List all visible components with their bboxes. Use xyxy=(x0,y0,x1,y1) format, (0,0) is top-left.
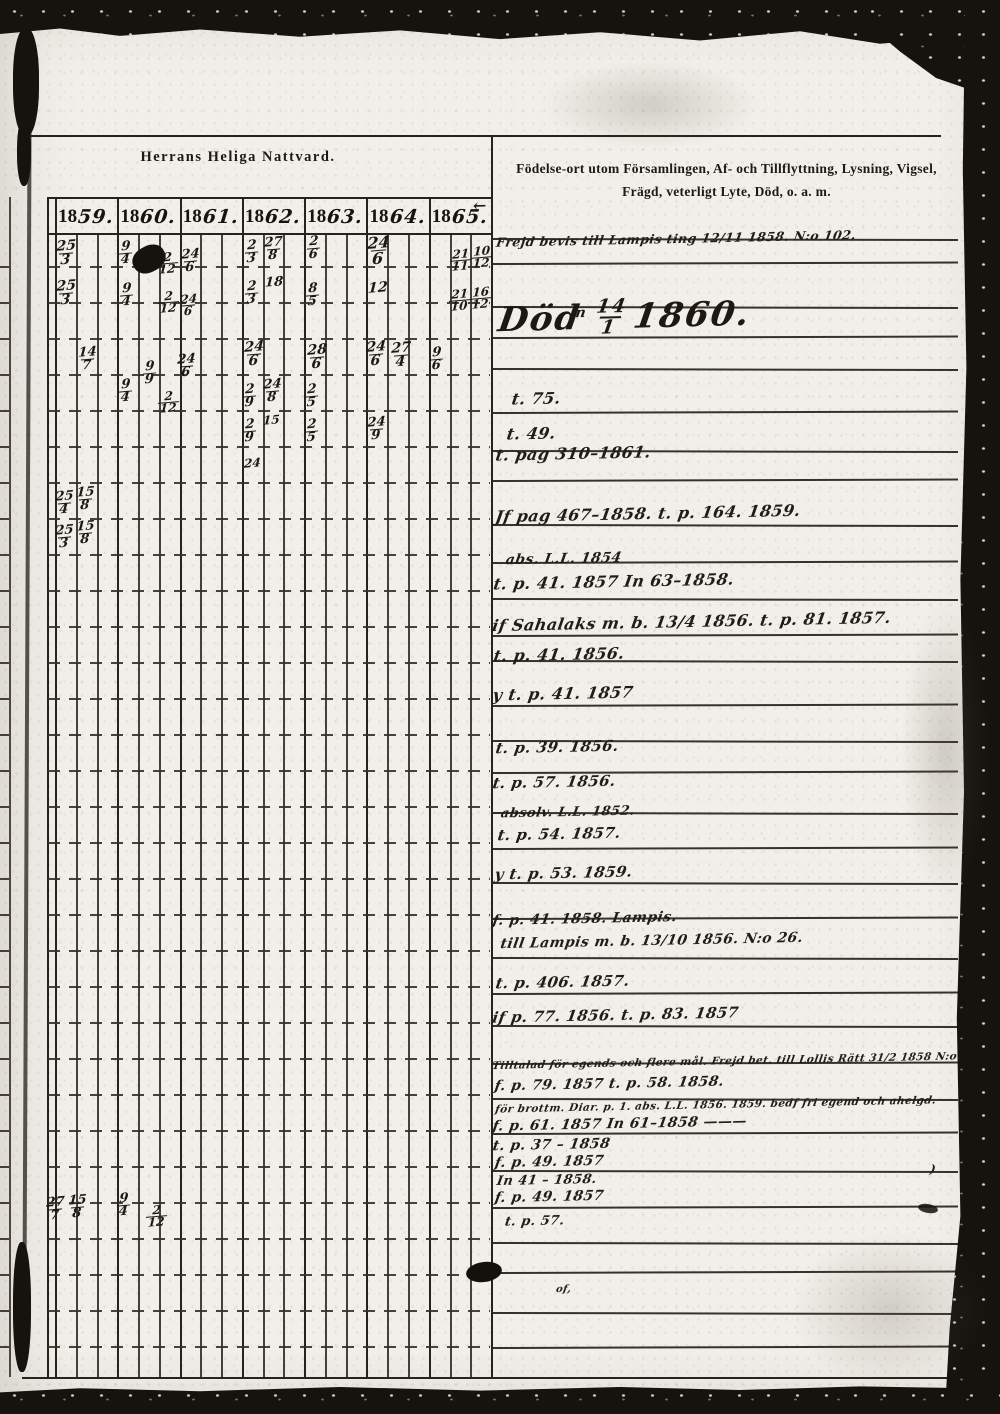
communion-date-mark: 274 xyxy=(390,341,411,370)
table-subcolumn-line xyxy=(325,233,327,1377)
prev-page-row-line xyxy=(0,482,9,484)
handwritten-note: t. 75. xyxy=(510,388,562,408)
notes-header: Födelse-ort utom Församlingen, Af- och T… xyxy=(493,158,960,204)
table-row-line xyxy=(48,266,490,268)
communion-date-mark: 253 xyxy=(55,279,76,308)
communion-date-mark: 212 xyxy=(145,1204,167,1229)
handwritten-note: t. p. 57. xyxy=(504,1213,566,1229)
communion-date-mark: 212 xyxy=(157,290,179,315)
table-subcolumn-line xyxy=(470,233,472,1377)
prev-page-row-line xyxy=(0,446,9,448)
communion-date-mark: 278 xyxy=(263,236,283,263)
communion-date-mark: 158 xyxy=(75,520,95,547)
communion-date-mark: 2110 xyxy=(448,288,470,313)
year-printed-prefix: 18 xyxy=(58,206,77,228)
handwritten-note: y t. p. 41. 1857 xyxy=(491,683,635,705)
table-row-line xyxy=(48,662,490,664)
year-row-top-rule xyxy=(47,197,491,199)
table-row-line xyxy=(48,1310,490,1312)
handwritten-note: t. p. 41. 1856. xyxy=(492,644,626,666)
table-subcolumn-line xyxy=(450,233,452,1377)
year-handwritten-suffix: 62. xyxy=(264,206,302,228)
death-note: Dödn 14 1 1860. xyxy=(495,294,753,341)
year-printed-prefix: 18 xyxy=(370,206,389,228)
table-subcolumn-line xyxy=(346,233,348,1377)
table-row-line xyxy=(48,914,490,916)
table-subcolumn-line xyxy=(200,233,202,1377)
table-row-line xyxy=(48,698,490,700)
prev-page-row-line xyxy=(0,266,9,268)
table-row-line xyxy=(48,590,490,592)
table-subcolumn-line xyxy=(408,233,410,1377)
communion-date-mark: 94 xyxy=(116,1192,131,1219)
table-row-line xyxy=(48,554,490,556)
communion-date-mark: 286 xyxy=(306,343,327,372)
communion-date-mark: 246 xyxy=(366,234,390,267)
communion-date-mark: 94 xyxy=(118,240,133,267)
notes-header-line2: Frägd, veterligt Lyte, Död, o. a. m. xyxy=(493,181,960,204)
paper-smudge-3 xyxy=(900,600,990,900)
table-row-line xyxy=(48,482,490,484)
table-row-line xyxy=(48,878,490,880)
communion-date-mark: 253 xyxy=(54,524,74,551)
communion-date-mark: 246 xyxy=(243,340,264,369)
year-header-1863: 1863. xyxy=(304,202,366,232)
communion-date-mark: 158 xyxy=(75,486,95,513)
communion-date-mark: 26 xyxy=(306,235,321,262)
communion-date-mark: 158 xyxy=(67,1194,87,1221)
handwritten-note: In 41 – 1858. xyxy=(496,1172,598,1189)
prev-page-row-line xyxy=(0,1130,9,1132)
table-row-line xyxy=(48,1094,490,1096)
death-date-fraction: 14 1 xyxy=(592,297,629,338)
prev-page-row-line xyxy=(0,1238,9,1240)
spine-blot-top2 xyxy=(17,118,31,186)
handwritten-note: t. p. 39. 1856. xyxy=(494,737,620,758)
prev-page-row-line xyxy=(0,662,9,664)
table-subcolumn-line xyxy=(387,233,389,1377)
year-handwritten-suffix: 61. xyxy=(202,206,240,228)
communion-date-mark: 23 xyxy=(244,280,259,307)
prev-page-row-line xyxy=(0,770,9,772)
communion-date-mark: 15 xyxy=(263,414,280,427)
prev-page-row-line xyxy=(0,1310,9,1312)
table-subcolumn-line xyxy=(221,233,223,1377)
handwritten-note: y t. p. 53. 1859. xyxy=(493,863,634,884)
prev-page-row-line xyxy=(0,1058,9,1060)
year-printed-prefix: 18 xyxy=(307,206,326,228)
prev-page-row-line xyxy=(0,842,9,844)
prev-page-row-line xyxy=(0,986,9,988)
year-handwritten-suffix: 63. xyxy=(326,206,364,228)
communion-date-mark: 23 xyxy=(244,239,259,266)
prev-page-edge-line xyxy=(9,197,11,1377)
communion-date-mark: 94 xyxy=(119,282,134,309)
scanned-ledger-page: Herrans Heliga Nattvard. Födelse-ort uto… xyxy=(0,0,1000,1414)
prev-page-row-line xyxy=(0,554,9,556)
death-year: 1860. xyxy=(631,294,754,337)
handwritten-note: abs. L.L. 1854 xyxy=(505,550,623,568)
prev-page-row-line xyxy=(0,1094,9,1096)
table-row-line xyxy=(48,1238,490,1240)
communion-date-mark: 29 xyxy=(242,383,257,410)
handwritten-note: f. p. 49. 1857 xyxy=(494,1153,605,1171)
communion-date-mark: 147 xyxy=(77,346,97,373)
table-row-line xyxy=(48,338,490,340)
communion-date-mark: 254 xyxy=(54,490,74,517)
table-row-line xyxy=(48,1058,490,1060)
handwritten-note: t. p. 37 – 1858 xyxy=(492,1136,612,1154)
prev-page-row-line xyxy=(0,518,9,520)
year-header-1861: 1861. xyxy=(180,202,242,232)
table-row-line xyxy=(48,986,490,988)
handwritten-note: t. p. 406. 1857. xyxy=(494,972,631,993)
handwritten-mark: of, xyxy=(555,1284,572,1295)
communion-date-mark: 1612 xyxy=(469,286,491,311)
page-top-rule xyxy=(22,135,941,137)
table-row-line xyxy=(48,1274,490,1276)
communion-date-mark: 277 xyxy=(45,1196,65,1223)
table-row-line xyxy=(48,374,490,376)
table-title: Herrans Heliga Nattvard. xyxy=(88,149,388,166)
table-row-line xyxy=(48,806,490,808)
prev-page-row-line xyxy=(0,1346,9,1348)
prev-page-row-line xyxy=(0,410,9,412)
prev-page-row-line xyxy=(0,374,9,376)
communion-date-mark: 25 xyxy=(304,418,319,445)
table-row-line xyxy=(48,950,490,952)
table-subcolumn-line xyxy=(283,233,285,1377)
table-row-line xyxy=(48,1022,490,1024)
prev-page-row-line xyxy=(0,1022,9,1024)
table-subcolumn-line xyxy=(97,233,99,1377)
communion-date-mark: 85 xyxy=(305,282,320,309)
year-handwritten-suffix: 59. xyxy=(77,206,115,228)
handwritten-note: f. p. 49. 1857 xyxy=(494,1188,605,1206)
year-printed-prefix: 18 xyxy=(183,206,202,228)
communion-date-mark: 25 xyxy=(304,383,319,410)
communion-date-mark: 249 xyxy=(366,416,386,443)
prev-page-row-line xyxy=(0,1166,9,1168)
handwritten-note: t. p. 54. 1857. xyxy=(496,824,622,845)
table-row-line xyxy=(48,1346,490,1348)
paper-smudge-2 xyxy=(540,60,760,150)
table-row-line xyxy=(48,302,490,304)
prev-page-row-line xyxy=(0,734,9,736)
table-row-line xyxy=(48,518,490,520)
prev-page-row-line xyxy=(0,806,9,808)
prev-page-row-line xyxy=(0,878,9,880)
table-row-line xyxy=(48,1130,490,1132)
year-printed-prefix: 18 xyxy=(245,206,264,228)
table-row-line xyxy=(48,626,490,628)
communion-date-mark: 96 xyxy=(429,346,444,373)
table-row-line xyxy=(48,842,490,844)
year-handwritten-suffix: 64. xyxy=(388,206,426,228)
prev-page-row-line xyxy=(0,338,9,340)
prev-page-row-line xyxy=(0,1202,9,1204)
page-bottom-rule xyxy=(22,1377,958,1379)
year-header-1859: 1859. xyxy=(55,202,117,232)
communion-date-mark: 248 xyxy=(262,378,282,405)
table-row-line xyxy=(48,770,490,772)
communion-date-mark: 246 xyxy=(365,340,386,369)
prev-page-row-line xyxy=(0,1274,9,1276)
communion-date-mark: 2111 xyxy=(449,248,471,273)
table-row-line xyxy=(48,1202,490,1204)
communion-date-mark: 253 xyxy=(55,239,76,268)
communion-date-mark: 99 xyxy=(142,360,157,387)
handwritten-note: absolv. L.L. 1852. xyxy=(500,804,636,822)
notes-header-line1: Födelse-ort utom Församlingen, Af- och T… xyxy=(493,158,960,181)
prev-page-row-line xyxy=(0,302,9,304)
communion-date-mark: 212 xyxy=(157,390,179,415)
death-word: Dödn xyxy=(495,298,590,340)
table-row-line xyxy=(48,1166,490,1168)
communion-date-mark: 18 xyxy=(265,276,284,290)
handwritten-note: t. pag 310–1861. xyxy=(494,442,652,464)
year-header-1860: 1860. xyxy=(117,202,179,232)
year-printed-prefix: 18 xyxy=(432,206,451,228)
communion-date-mark: 12 xyxy=(368,281,388,296)
communion-date-mark: 1012 xyxy=(470,245,492,270)
prev-page-row-line xyxy=(0,914,9,916)
prev-page-row-line xyxy=(0,950,9,952)
table-subcolumn-line xyxy=(138,233,140,1377)
handwritten-note: t. p. 57. 1856. xyxy=(491,772,617,793)
year-header-1862: 1862. xyxy=(242,202,304,232)
year-header-1864: 1864. xyxy=(366,202,428,232)
paper-smudge-1 xyxy=(790,1230,990,1390)
prev-page-row-line xyxy=(0,698,9,700)
prev-page-row-line xyxy=(0,590,9,592)
handwritten-note: t. 49. xyxy=(505,423,557,443)
communion-date-mark: 246 xyxy=(179,293,197,318)
spine-blot-bottom xyxy=(13,1242,31,1372)
communion-date-mark: 246 xyxy=(176,353,196,380)
table-row-line xyxy=(48,734,490,736)
communion-date-mark: 24 xyxy=(244,457,261,470)
table-row-line xyxy=(48,446,490,448)
communion-date-mark: 94 xyxy=(118,378,133,405)
communion-date-mark: 246 xyxy=(180,248,200,275)
table-row-line xyxy=(48,410,490,412)
year-printed-prefix: 18 xyxy=(120,206,139,228)
prev-page-row-line xyxy=(0,626,9,628)
communion-date-mark: 29 xyxy=(242,418,257,445)
year-handwritten-suffix: 60. xyxy=(139,206,177,228)
